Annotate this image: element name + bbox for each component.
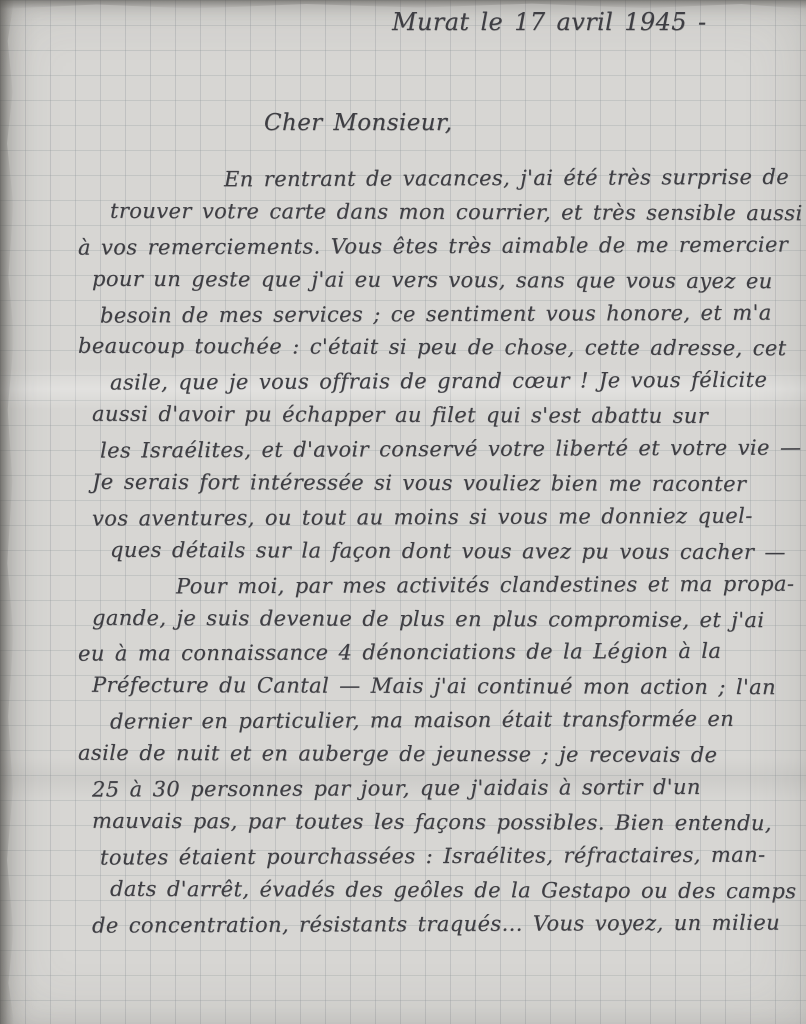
letter-body: Cher Monsieur, En rentrant de vacances, … [92,106,800,941]
letter-line: asile de nuit et en auberge de jeunesse … [78,737,800,773]
letter-line: ques détails sur la façon dont vous avez… [110,534,800,570]
letter-line: dats d'arrêt, évadés des geôles de la Ge… [110,872,800,908]
letter-line: Je serais fort intéressée si vous voulie… [92,466,800,502]
letter-line: toutes étaient pourchassées : Israélites… [100,838,800,875]
salutation: Cher Monsieur, [264,106,800,140]
letter-line: Pour moi, par mes activités clandestines… [176,567,800,604]
letter-line: besoin de mes services ; ce sentiment vo… [100,296,800,333]
letter-line: gande, je suis devenue de plus en plus c… [92,601,800,637]
dateline: Murat le 17 avril 1945 - [392,8,707,36]
letter-line: pour un geste que j'ai eu vers vous, san… [92,262,800,298]
letter-sheet: Murat le 17 avril 1945 - Cher Monsieur, … [0,0,806,1024]
letter-line: aussi d'avoir pu échapper au filet qui s… [92,398,800,434]
letter-line: 25 à 30 personnes par jour, que j'aidais… [92,770,800,807]
letter-line: dernier en particulier, ma maison était … [110,703,800,740]
letter-line: à vos remerciements. Vous êtes très aima… [78,228,800,265]
letter-line: Préfecture du Cantal — Mais j'ai continu… [92,669,800,705]
letter-line: eu à ma connaissance 4 dénonciations de … [78,635,800,672]
torn-edge-left [0,0,14,1024]
letter-line: trouver votre carte dans mon courrier, e… [110,195,800,231]
letter-line: mauvais pas, par toutes les façons possi… [92,805,800,841]
letter-line: beaucoup touchée : c'était si peu de cho… [78,330,800,366]
letter-line: asile, que je vous offrais de grand cœur… [110,364,800,401]
letter-line: En rentrant de vacances, j'ai été très s… [224,161,800,197]
letter-line: de concentration, résistants traqués... … [92,906,800,943]
letter-lines: En rentrant de vacances, j'ai été très s… [92,162,800,941]
letter-line: vos aventures, ou tout au moins si vous … [92,499,800,536]
letter-line: les Israélites, et d'avoir conservé votr… [100,432,800,469]
